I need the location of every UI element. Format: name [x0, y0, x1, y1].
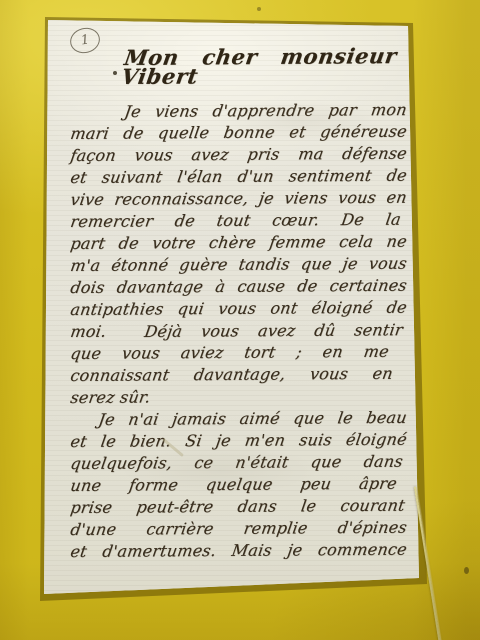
folder-speck [257, 7, 261, 11]
letter-line: moi. [69, 322, 108, 341]
letter-line: antipathies qui vous ont éloigné de [69, 298, 408, 319]
ink-speck [113, 71, 117, 75]
letter-line: m'a étonné guère tandis que je vous [69, 254, 408, 275]
letter-line: vive reconnaissance, je viens vous en [69, 188, 408, 209]
page-number-annotation: 1 [67, 25, 102, 57]
letter-line: connaissant davantage, vous en [69, 364, 394, 385]
letter-line: mari de quelle bonne et généreuse [69, 122, 408, 143]
letter-line: une forme quelque peu âpre [69, 474, 398, 495]
page-number: 1 [80, 32, 90, 48]
letter-line: et le bien. Si je m'en suis éloigné [69, 430, 408, 451]
letter-line: façon vous avez pris ma défense [69, 144, 408, 165]
letter-line: dois davantage à cause de certaines [69, 276, 408, 297]
letter-line: part de votre chère femme cela ne [69, 232, 408, 253]
letter-line: quelquefois, ce n'était que dans [69, 452, 404, 473]
photo-of-letter: 1 Mon cher monsieur Vibert Je viens d'ap… [0, 0, 480, 640]
letter-line: remercier de tout cœur. De la [69, 210, 402, 231]
letter-line: Déjà vous avez dû sentir [143, 320, 404, 341]
letter-line: et d'amertumes. Mais je commence [69, 540, 408, 561]
letter-line: d'une carrière remplie d'épines [69, 518, 408, 539]
letter-line: Je n'ai jamais aimé que le beau [97, 408, 408, 429]
letter-line: serez sûr. [69, 387, 152, 407]
letter-line: Je viens d'apprendre par mon [123, 100, 408, 121]
letter-paper: 1 Mon cher monsieur Vibert Je viens d'ap… [0, 0, 480, 640]
letter-line: prise peut-être dans le courant [69, 496, 406, 517]
letter-line: que vous aviez tort ; en me [69, 342, 390, 363]
salutation-line: Mon cher monsieur Vibert [120, 46, 398, 86]
folder-speck [464, 567, 469, 574]
letter-line: et suivant l'élan d'un sentiment de [69, 166, 408, 187]
